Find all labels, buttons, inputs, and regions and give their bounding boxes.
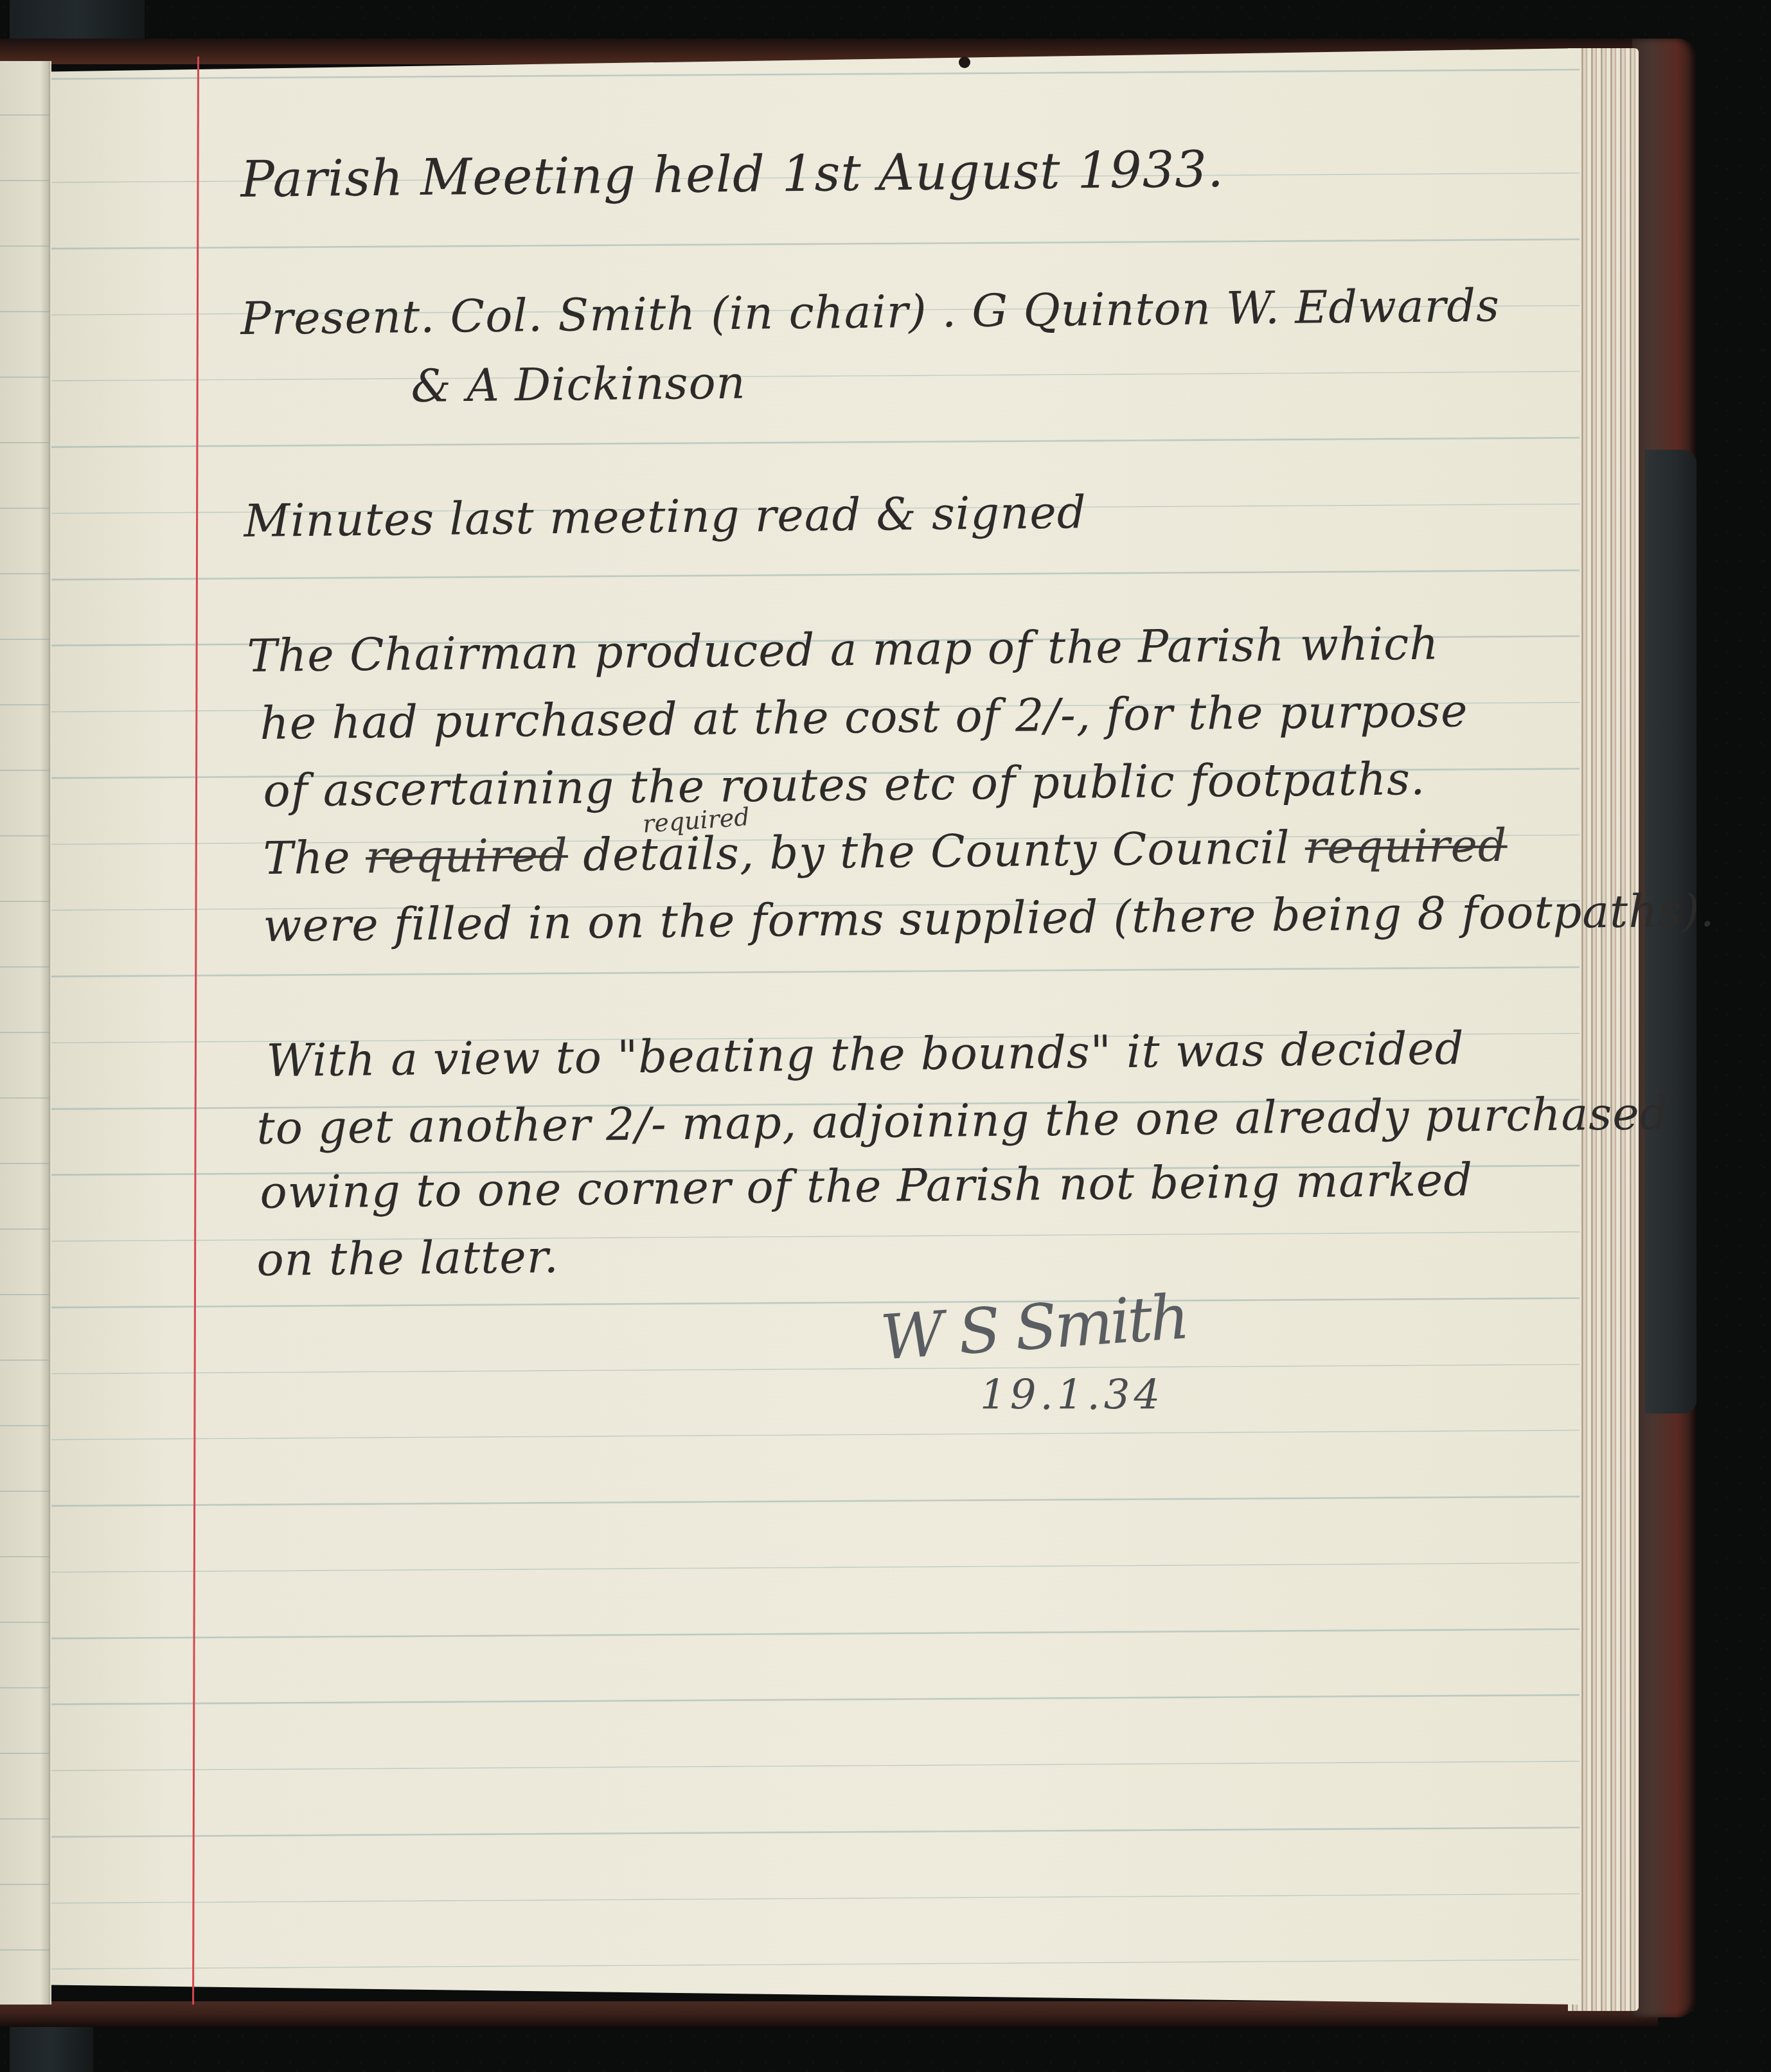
minutes-note: Minutes last meeting read & signed	[244, 486, 1087, 547]
page-gutter	[49, 61, 51, 2005]
struck-word-required-2: required	[1304, 819, 1508, 874]
book-cover-bottom-edge	[0, 2001, 1658, 2027]
facing-page-ruled-lines	[0, 61, 50, 2005]
struck-word-required-1: required	[366, 829, 569, 883]
line4-middle: details, by the County Council	[583, 821, 1290, 881]
paragraph2-line-4: on the latter.	[256, 1230, 559, 1286]
present-line-2: & A Dickinson	[411, 357, 746, 412]
scanned-book-scene: Parish Meeting held 1st August 1933. Pre…	[0, 0, 1771, 2072]
line4-start: The	[263, 831, 351, 885]
signature-date: 19.1.34	[980, 1372, 1164, 1419]
meeting-heading: Parish Meeting held 1st August 1933.	[240, 141, 1224, 209]
ink-dot-mark	[959, 57, 970, 68]
